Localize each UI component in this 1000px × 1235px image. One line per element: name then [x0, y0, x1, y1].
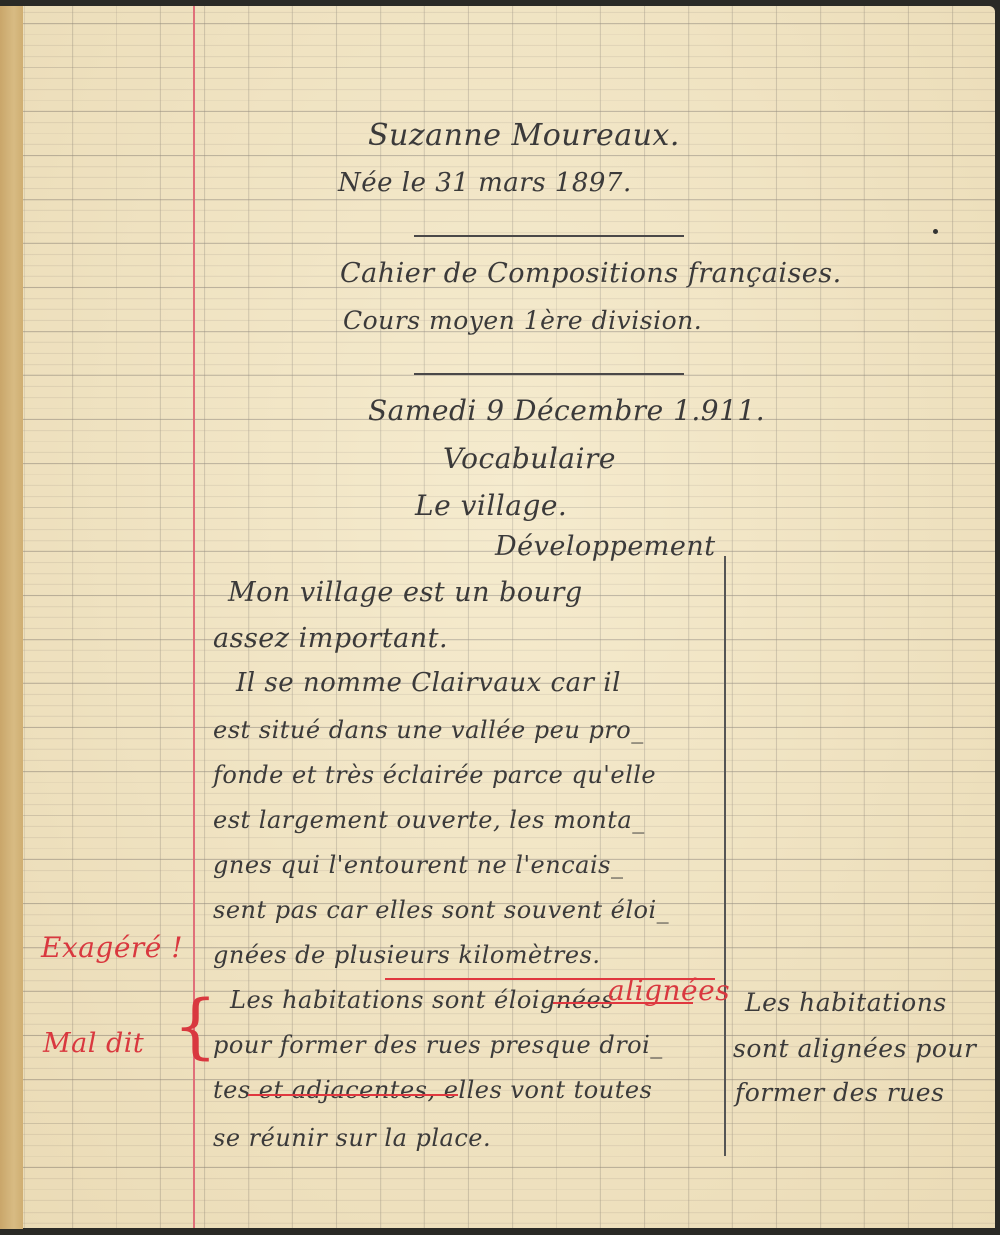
underline-exaggeration	[385, 978, 715, 980]
course-level: Cours moyen 1ère division.	[343, 306, 702, 335]
body-line: sent pas car elles sont souvent éloi_	[213, 896, 669, 924]
section-title: Développement	[495, 531, 716, 562]
lesson-date: Samedi 9 Décembre 1.911.	[368, 394, 765, 427]
strikethrough-adjacentes	[248, 1094, 458, 1096]
strikethrough-eloignees	[553, 1002, 693, 1004]
body-line: assez important.	[213, 623, 448, 654]
body-line: gnées de plusieurs kilomètres.	[213, 941, 601, 969]
body-line: fonde et très éclairée parce qu'elle	[213, 761, 656, 789]
notebook-cover-edge	[0, 6, 23, 1229]
separator-line	[414, 373, 684, 375]
rewrite-line: former des rues	[735, 1078, 944, 1107]
body-line: est largement ouverte, les monta_	[213, 806, 645, 834]
body-line: se réunir sur la place.	[213, 1124, 491, 1152]
rewrite-line: sont alignées pour	[733, 1034, 976, 1063]
body-line: Mon village est un bourg	[228, 577, 583, 608]
body-line: tes et adjacentes, elles vont toutes	[213, 1076, 652, 1104]
notebook-page: Suzanne Moureaux. Née le 31 mars 1897. C…	[23, 6, 995, 1228]
ink-spot	[933, 229, 938, 234]
notebook-title: Cahier de Compositions françaises.	[340, 258, 842, 289]
body-line: gnes qui l'entourent ne l'encais_	[213, 851, 623, 879]
birth-date: Née le 31 mars 1897.	[338, 168, 632, 198]
margin-note-exaggerated: Exagéré !	[41, 931, 183, 964]
margin-note-badly-said: Mal dit	[43, 1028, 144, 1059]
student-name: Suzanne Moureaux.	[368, 118, 680, 153]
separator-line	[414, 235, 684, 237]
column-divider	[724, 556, 726, 1156]
lesson-topic: Le village.	[415, 489, 567, 522]
body-line: pour former des rues presque droi_	[213, 1031, 663, 1059]
body-line: Il se nomme Clairvaux car il	[236, 668, 621, 698]
lesson-subject: Vocabulaire	[443, 442, 616, 475]
rewrite-line: Les habitations	[745, 988, 947, 1017]
body-line: Les habitations sont éloignées	[230, 986, 614, 1014]
correction-brace: {	[173, 991, 218, 1061]
body-line: est situé dans une vallée peu pro_	[213, 716, 644, 744]
